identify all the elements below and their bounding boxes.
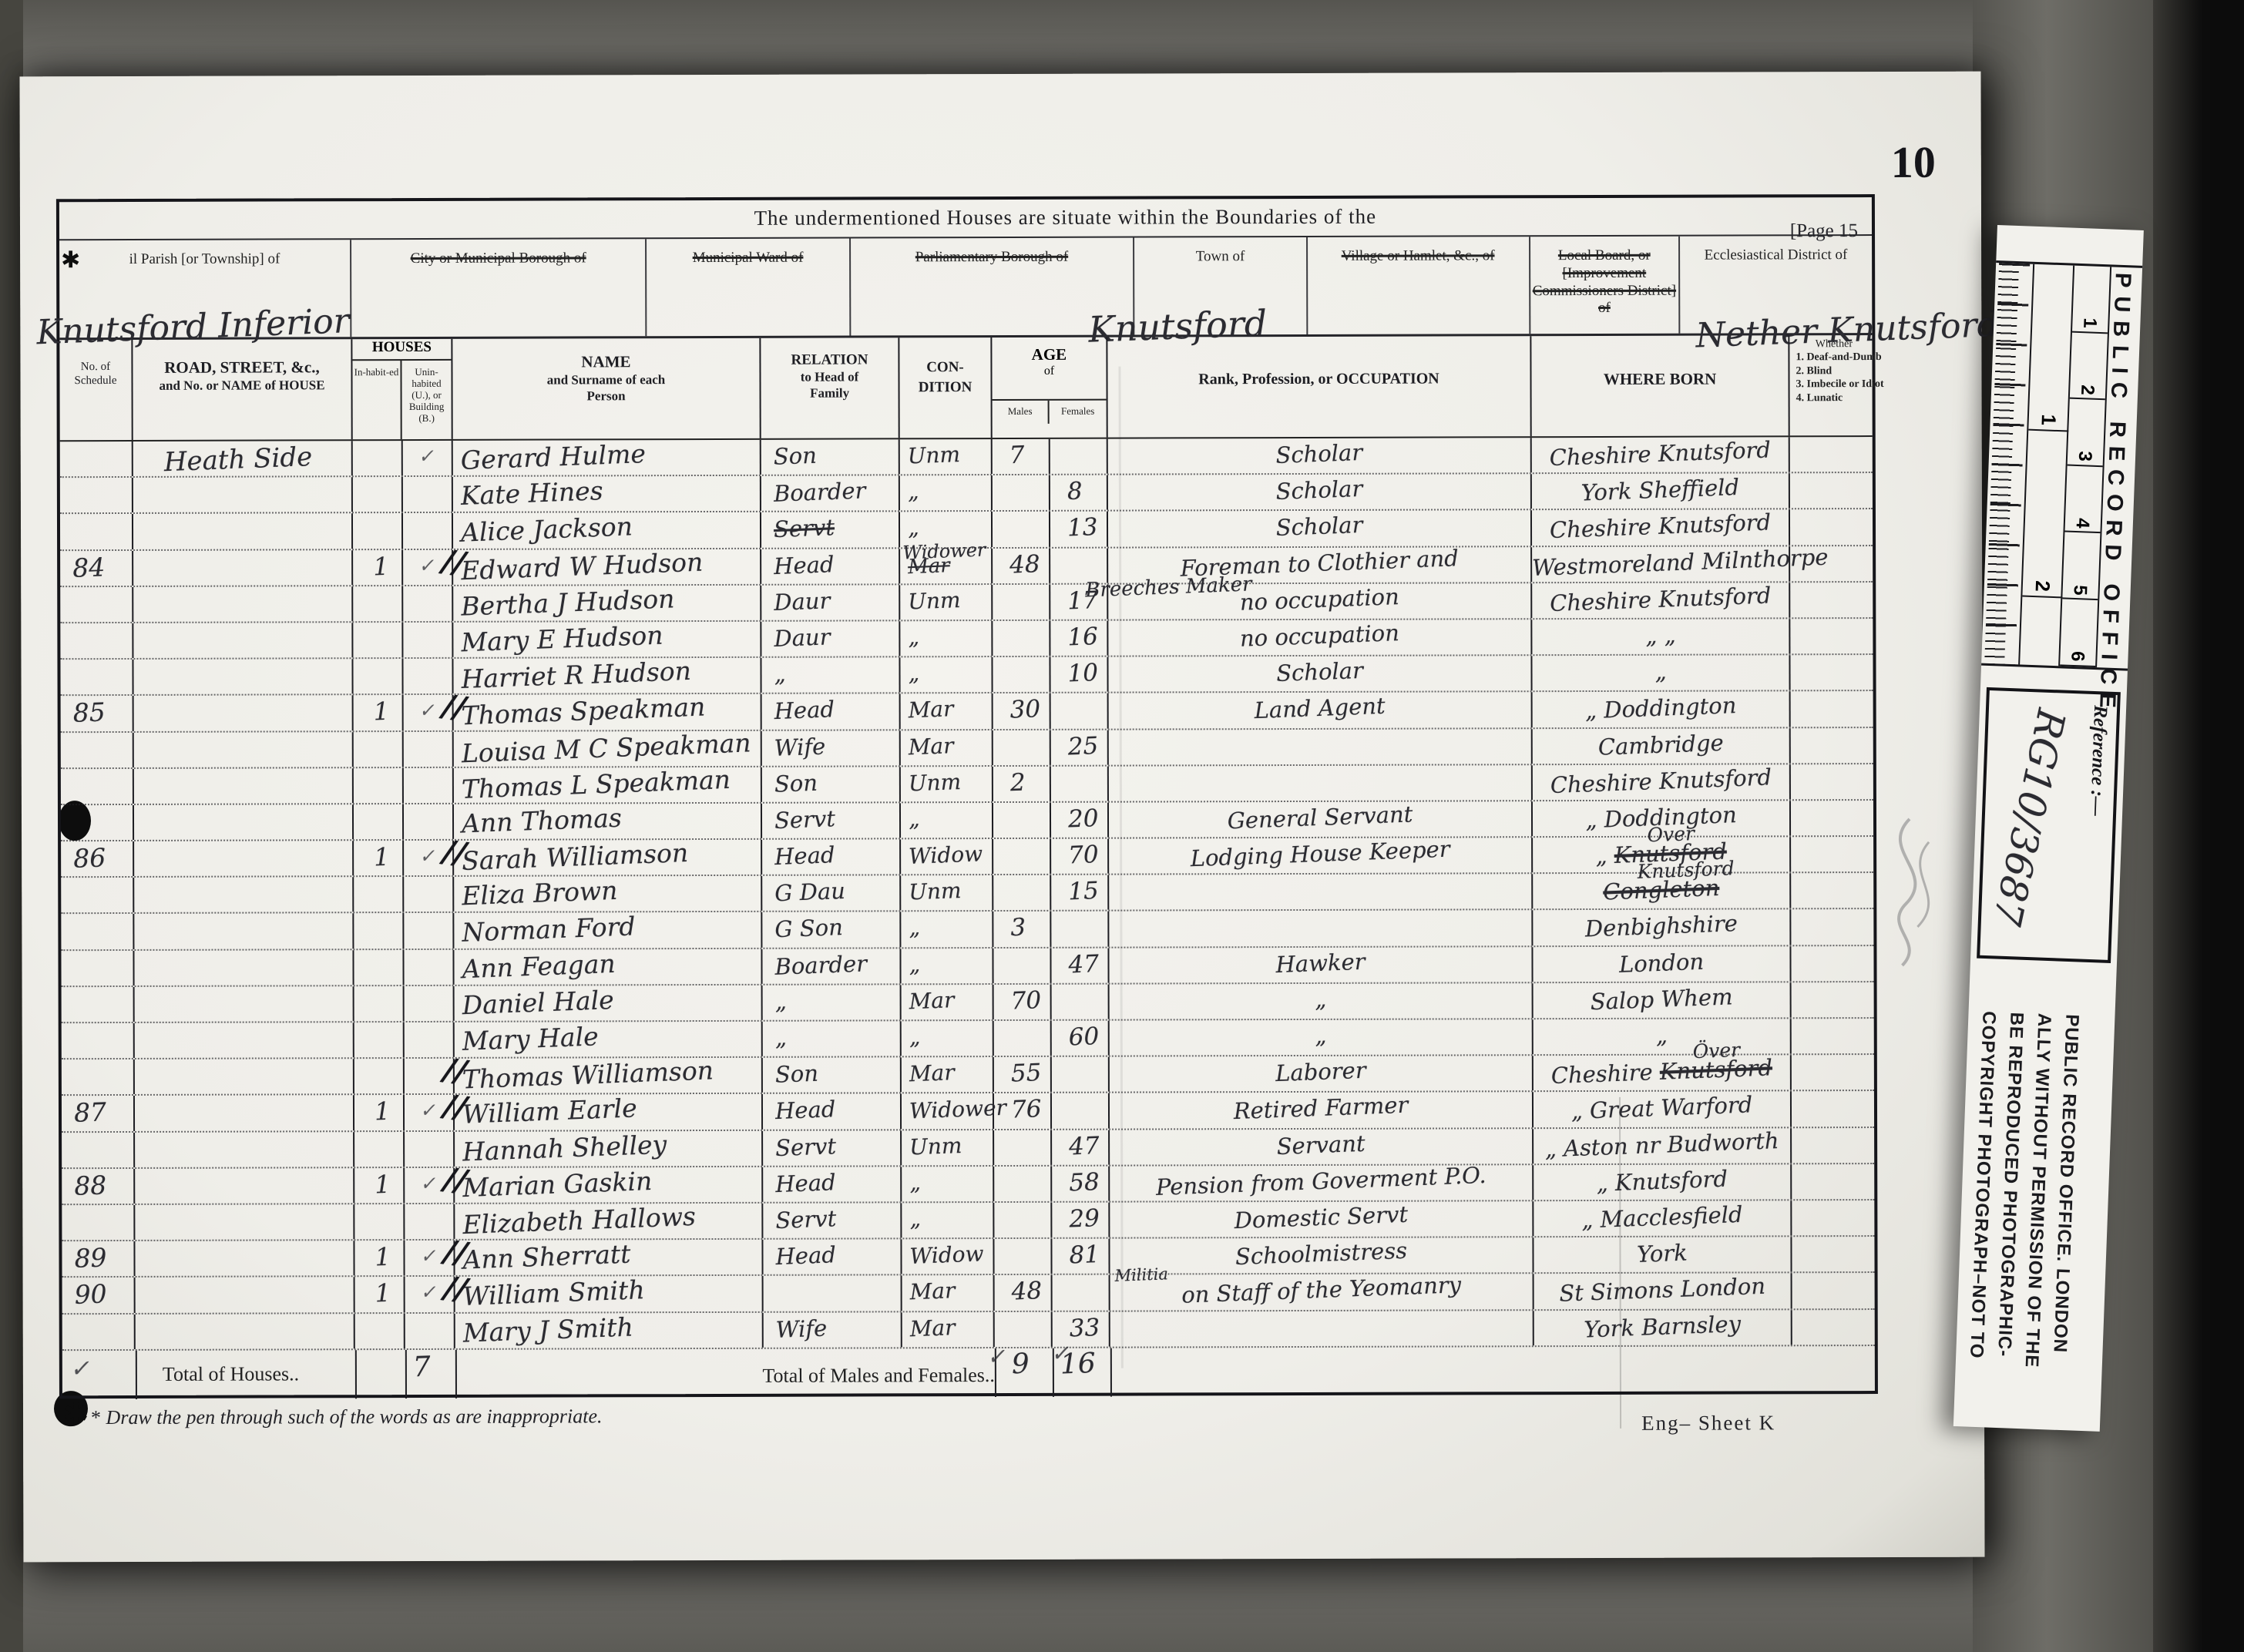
- age-male: 3: [1010, 914, 1026, 942]
- cell-age-female: 15: [1051, 875, 1109, 910]
- col-condition: CON- DITION: [899, 337, 992, 438]
- cell-inhabited: [354, 1132, 405, 1167]
- cell-age-male: 3: [993, 912, 1051, 946]
- age-female: 33: [1069, 1313, 1100, 1341]
- table-row: Ann FeaganBoarder„47HawkerLondon: [61, 946, 1873, 987]
- condition-value: Mar: [909, 1278, 956, 1304]
- schedule-number: 89: [74, 1242, 107, 1274]
- cell-age-female: 25: [1051, 730, 1109, 764]
- ink-bullet: ✱: [61, 247, 80, 274]
- cell-occupation: „: [1110, 983, 1534, 1019]
- schedule-number: 84: [72, 552, 105, 583]
- cell-where-born: „: [1534, 1019, 1792, 1054]
- cell-schedule: 88: [62, 1169, 135, 1204]
- relation-value: Head: [775, 1241, 837, 1270]
- cell-infirmity: [1790, 509, 1879, 544]
- cell-condition: Widower: [902, 1093, 994, 1129]
- table-row: Louisa M C SpeakmanWifeMar25Cambridge: [61, 728, 1873, 769]
- cell-age-male: [995, 1311, 1053, 1346]
- cell-inhabited: [354, 950, 404, 985]
- cell-relation: „: [761, 657, 900, 693]
- cell-schedule: [60, 514, 133, 549]
- condition-value: Mar: [909, 1315, 956, 1341]
- road-name: Heath Side: [163, 442, 313, 478]
- col-road: ROAD, STREET, &c., and No. or NAME of HO…: [133, 339, 352, 440]
- cell-condition: „: [900, 475, 993, 511]
- relation-value: Head: [774, 841, 836, 870]
- cell-condition: „: [902, 1167, 994, 1202]
- condition-value: „: [909, 1170, 922, 1196]
- total-houses-label: Total of Houses..: [163, 1362, 299, 1385]
- condition-value: „: [909, 1024, 921, 1050]
- cell-occupation: [1109, 729, 1533, 765]
- cell-infirmity: [1792, 1200, 1880, 1235]
- cell-infirmity: [1792, 1055, 1880, 1090]
- col-relation: RELATION to Head of Family: [761, 337, 899, 438]
- district-label: Parliamentary Borough of: [851, 238, 1134, 267]
- cell-relation: [764, 1276, 902, 1311]
- table-row: 851✓//Thomas SpeakmanHeadMar30Land Agent…: [61, 691, 1873, 732]
- cell-road: [136, 1278, 355, 1313]
- col-males: Males: [993, 401, 1050, 424]
- cell-occupation: Foreman to Clothier andBreeches Maker: [1108, 547, 1532, 583]
- cell-road: [133, 659, 353, 694]
- age-female: 8: [1067, 478, 1083, 506]
- cell-inhabited: [354, 877, 404, 912]
- born-value: Cheshire Knutsford: [1532, 581, 1789, 616]
- born-value: Cheshire Knutsford: [1531, 509, 1789, 544]
- cell-inhabited: [354, 913, 404, 948]
- condition-value: Mar: [908, 696, 954, 723]
- cell-infirmity: [1792, 1273, 1881, 1308]
- cell-where-born: Salop Whem: [1534, 982, 1792, 1018]
- inhabited-mark: 1: [375, 1242, 391, 1272]
- cell-where-born: York Sheffield: [1532, 474, 1790, 509]
- age-male: 48: [1011, 1278, 1043, 1306]
- district-header-row: ✱il Parish [or Township] ofKnutsford Inf…: [59, 236, 1872, 340]
- col-occupation: Rank, Profession, or OCCUPATION: [1107, 336, 1531, 437]
- cell-relation: Head: [761, 549, 900, 584]
- cell-age-male: [994, 1021, 1052, 1056]
- enumerator-tick: ✓: [420, 1172, 436, 1194]
- age-female: 81: [1069, 1241, 1100, 1269]
- cell-age-female: 20: [1051, 803, 1109, 838]
- cell-age-female: 58: [1052, 1166, 1110, 1200]
- cell-occupation: Hawker: [1109, 947, 1533, 983]
- person-name: Bertha J Hudson: [461, 583, 675, 621]
- cell-age-male: 2: [993, 767, 1051, 801]
- footnote-bullet: ✱: [63, 1395, 89, 1432]
- relation-value: Wife: [774, 733, 826, 761]
- table-row: Mary Hale„„60„„: [62, 1019, 1874, 1059]
- occupation-value: „: [1109, 978, 1532, 1020]
- born-value: „ Knutsford: [1534, 1163, 1791, 1198]
- cell-age-female: 8: [1050, 475, 1108, 510]
- cell-name: Eliza Brown: [454, 876, 762, 912]
- age-female: 60: [1068, 1022, 1100, 1051]
- table-row: 871✓//William EarleHeadWidower76Retired …: [62, 1091, 1874, 1132]
- cell-road: [133, 514, 353, 549]
- cell-inhabited: [354, 1204, 405, 1239]
- relation-value: Son: [773, 442, 817, 470]
- person-name: William Earle: [462, 1093, 637, 1130]
- cell-condition: Unm: [900, 585, 993, 620]
- cell-schedule: [61, 878, 134, 912]
- cell-relation: Head: [762, 839, 901, 875]
- cell-schedule: [62, 987, 135, 1022]
- cell-schedule: [62, 1205, 135, 1240]
- district-label: Ecclesiastical District of: [1680, 236, 1872, 264]
- schedule-number: 87: [73, 1097, 106, 1129]
- table-row: Mary J SmithWifeMar33York Barnsley: [62, 1310, 1875, 1351]
- cell-occupation: „: [1110, 1019, 1534, 1056]
- occupation-value: Hawker: [1109, 942, 1532, 984]
- cell-schedule: [61, 805, 134, 840]
- cell-occupation: Lodging House Keeper: [1109, 838, 1533, 874]
- cell-age-male: [993, 585, 1050, 619]
- cell-infirmity: [1792, 1164, 1880, 1199]
- born-value: „ Doddington: [1532, 690, 1789, 726]
- cell-age-female: [1052, 1093, 1110, 1128]
- condition-value: Unm: [909, 878, 962, 905]
- cell-age-male: [993, 621, 1050, 656]
- cell-occupation: Laborer: [1110, 1056, 1534, 1092]
- cell-relation: Wife: [764, 1312, 902, 1348]
- cell-condition: Mar: [902, 1275, 995, 1311]
- cell-schedule: 85: [61, 696, 134, 730]
- cell-occupation: Scholar: [1108, 511, 1532, 547]
- cell-occupation: Scholar: [1108, 474, 1532, 510]
- cell-where-born: St Simons London: [1534, 1274, 1792, 1309]
- occupation-value: Domestic Servt: [1110, 1197, 1533, 1239]
- cell-name: Mary J Smith: [455, 1312, 764, 1348]
- cell-name: Louisa M C Speakman: [454, 730, 762, 766]
- born-value: KnutsfordCongleton: [1533, 872, 1790, 908]
- age-female: 58: [1069, 1168, 1100, 1197]
- cell-inhabited: 1: [354, 1095, 405, 1130]
- person-name: Hannah Shelley: [462, 1129, 667, 1167]
- inhabited-mark: 1: [375, 1169, 391, 1199]
- table-row: Hannah ShelleyServtUnm47Servant„ Aston n…: [62, 1128, 1874, 1169]
- condition-value: Unm: [909, 1133, 962, 1160]
- cell-occupation: Retired Farmer: [1110, 1093, 1534, 1129]
- cell-road: [135, 1096, 354, 1131]
- person-name: Edward W Hudson: [461, 546, 704, 586]
- cell-inhabited: [355, 1314, 405, 1348]
- cell-inhabited: 1: [355, 1277, 405, 1311]
- cell-name: Ann Feagan: [454, 949, 762, 984]
- cell-uninhabited: [404, 949, 454, 984]
- inhabited-mark: 1: [375, 1278, 391, 1308]
- condition-value: „: [909, 1206, 922, 1232]
- cell-inhabited: [354, 1059, 405, 1093]
- person-name: Thomas Speakman: [461, 692, 706, 731]
- cell-age-male: [993, 803, 1051, 838]
- age-male: 2: [1009, 768, 1026, 797]
- cell-inhabited: 1: [353, 550, 403, 585]
- background-right-band: [2153, 0, 2244, 1652]
- cell-name: Ann Thomas: [454, 804, 762, 839]
- cell-where-born: „ Aston nr Budworth: [1534, 1128, 1792, 1163]
- cell-occupation: Scholar: [1108, 438, 1532, 474]
- census-page: 10 The undermentioned Houses are situate…: [19, 72, 1984, 1563]
- totals-row: ✓ Total of Houses.. 7 Total of Males and…: [62, 1346, 1875, 1399]
- cell-where-born: Denbighshire: [1533, 910, 1791, 945]
- cell-road: [133, 586, 353, 622]
- cell-age-male: 48: [995, 1275, 1053, 1310]
- born-value: St Simons London: [1534, 1272, 1791, 1308]
- cell-infirmity: [1792, 1237, 1880, 1271]
- district-label: City or Municipal Borough of: [351, 239, 646, 268]
- relation-value: Servt: [773, 515, 835, 543]
- cell-schedule: [61, 951, 134, 985]
- cell-name: //Marian Gaskin: [455, 1167, 763, 1203]
- schedule-number: 88: [74, 1170, 107, 1201]
- cell-infirmity: [1790, 619, 1879, 653]
- relation-value: Son: [774, 769, 818, 797]
- person-name: Kate Hines: [460, 475, 603, 511]
- person-name: Gerard Hulme: [460, 438, 646, 475]
- condition-value: „: [909, 915, 921, 941]
- born-value: „ „: [1532, 617, 1789, 653]
- cell-relation: Daur: [761, 585, 900, 620]
- age-male: 30: [1009, 696, 1041, 724]
- cell-age-male: 30: [993, 693, 1051, 728]
- inhabited-mark: 1: [373, 697, 390, 727]
- cell-name: //Thomas Speakman: [454, 694, 762, 730]
- cell-condition: „: [901, 949, 993, 984]
- born-value: London: [1533, 945, 1790, 980]
- cell-name: Gerard Hulme: [453, 440, 761, 475]
- cell-uninhabited: [403, 477, 453, 512]
- cell-where-born: KnutsfordCongleton: [1533, 874, 1791, 909]
- cell-condition: „: [900, 657, 993, 693]
- cell-age-female: 13: [1050, 512, 1108, 546]
- cell-infirmity: [1792, 1019, 1880, 1053]
- cell-condition: „: [901, 912, 993, 947]
- relation-value: Wife: [775, 1315, 828, 1342]
- cell-condition: Unm: [900, 439, 993, 475]
- cell-name: //William Smith: [455, 1276, 764, 1311]
- col-houses: HOUSES In-habit-ed Unin-habited (U.), or…: [352, 339, 452, 439]
- occupation-value: Scholar: [1107, 433, 1530, 475]
- occupation-value: Scholar: [1108, 651, 1531, 693]
- cell-schedule: 86: [61, 841, 134, 876]
- schedule-number: 86: [72, 842, 106, 874]
- cell-condition: WidowerMar: [900, 549, 993, 584]
- cell-name: Daniel Hale: [455, 985, 763, 1021]
- cell-road: [135, 1204, 354, 1240]
- condition-value: „: [908, 624, 920, 650]
- cell-name: //Ann Sherratt: [455, 1240, 763, 1275]
- cell-uninhabited: [405, 986, 455, 1021]
- district-cell: Village or Hamlet, &c., of: [1308, 237, 1530, 334]
- cell-infirmity: [1790, 437, 1879, 472]
- cell-road: [134, 950, 354, 985]
- cell-age-female: [1052, 1057, 1110, 1092]
- cell-age-female: [1051, 693, 1109, 728]
- cell-infirmity: [1791, 728, 1880, 763]
- condition-value: „: [907, 515, 919, 541]
- cell-inhabited: 1: [354, 841, 404, 875]
- col-age: AGE of Males Females: [992, 337, 1107, 438]
- born-value: „: [1532, 654, 1789, 690]
- col-uninhabited: Unin-habited (U.), or Building (B.): [401, 361, 451, 439]
- born-value: Westmoreland Milnthorpe: [1532, 545, 1789, 580]
- cell-occupation: Pension from Goverment P.O.: [1110, 1165, 1534, 1201]
- relation-value: „: [774, 988, 787, 1015]
- cell-where-born: York Barnsley: [1534, 1310, 1792, 1345]
- cell-relation: Head: [762, 694, 901, 730]
- age-female: 29: [1069, 1204, 1100, 1233]
- occupation-value: Scholar: [1107, 469, 1530, 512]
- occupation-value: Retired Farmer: [1110, 1087, 1533, 1130]
- cell-schedule: [60, 478, 133, 512]
- cell-age-female: 60: [1052, 1021, 1110, 1056]
- person-name: Harriet R Hudson: [461, 656, 692, 694]
- cell-inhabited: [354, 768, 404, 803]
- condition-value: Widower: [909, 1095, 1006, 1124]
- cell-relation: Boarder: [761, 476, 900, 512]
- cell-age-female: [1053, 1275, 1110, 1310]
- cell-relation: Servt: [763, 1130, 902, 1166]
- sheet-label: Eng– Sheet K: [1641, 1411, 1775, 1435]
- total-check: ✓: [986, 1343, 1006, 1369]
- total-houses-value: 7: [412, 1351, 431, 1383]
- col-infirmity: Whether 1. Deaf-and-Dumb2. Blind3. Imbec…: [1789, 335, 1878, 435]
- cell-inhabited: [354, 732, 404, 767]
- cell-relation: „: [763, 985, 902, 1020]
- born-value: Cheshire Knutsford: [1532, 763, 1789, 798]
- page-number: 10: [1891, 136, 1936, 188]
- relation-value: Boarder: [773, 478, 866, 507]
- cell-infirmity: [1790, 655, 1879, 690]
- col-schedule: No. of Schedule: [59, 340, 133, 440]
- cell-relation: Son: [762, 767, 901, 802]
- cell-age-female: 47: [1052, 1130, 1110, 1164]
- cell-inhabited: [353, 659, 403, 693]
- form-title: The undermentioned Houses are situate wi…: [59, 203, 1872, 232]
- cell-where-born: Cheshire Knutsford: [1532, 583, 1790, 618]
- cell-schedule: [62, 1023, 135, 1058]
- cell-condition: Unm: [901, 767, 993, 802]
- cell-inhabited: 1: [354, 1241, 405, 1275]
- cell-occupation: [1109, 911, 1533, 947]
- cell-age-male: [994, 1239, 1052, 1274]
- cell-inhabited: [353, 586, 403, 621]
- cell-where-born: Westmoreland Milnthorpe: [1532, 546, 1790, 582]
- condition-value: „: [908, 660, 920, 687]
- cell-inhabited: [354, 986, 405, 1021]
- cell-where-born: Cheshire ÖverKnutsford: [1534, 1056, 1792, 1091]
- cell-where-born: Cheshire Knutsford: [1532, 437, 1790, 472]
- cell-where-born: Cheshire Knutsford: [1533, 764, 1791, 800]
- cell-relation: Son: [761, 439, 900, 475]
- occupation-value: Lodging House Keeper: [1109, 833, 1532, 875]
- born-value: York Barnsley: [1534, 1308, 1791, 1344]
- cell-road: [133, 623, 353, 658]
- cell-age-female: 81: [1052, 1239, 1110, 1274]
- born-value: „: [1533, 1018, 1790, 1053]
- cell-name: //William Earle: [455, 1094, 763, 1130]
- district-label: Local Board, or [Improvement Commissione…: [1530, 237, 1679, 318]
- occupation-value: Scholar: [1108, 505, 1531, 548]
- schedule-number: 85: [72, 697, 106, 729]
- cell-infirmity: [1792, 1091, 1880, 1126]
- cell-schedule: 87: [62, 1096, 135, 1130]
- enumerator-tick: ✓: [419, 1100, 435, 1122]
- cell-name: Hannah Shelley: [455, 1130, 763, 1166]
- cell-infirmity: [1791, 801, 1880, 835]
- cell-schedule: [60, 660, 133, 694]
- person-name: Ann Thomas: [461, 803, 622, 839]
- cell-road: [134, 768, 354, 804]
- cell-condition: Unm: [901, 875, 993, 911]
- cell-uninhabited: [403, 623, 453, 657]
- person-name: Ann Sherratt: [462, 1239, 631, 1275]
- cell-road: Heath Side: [133, 441, 353, 476]
- cell-occupation: Schoolmistress: [1110, 1237, 1534, 1274]
- cell-relation: G Dau: [762, 876, 901, 912]
- person-name: Thomas Williamson: [462, 1055, 714, 1094]
- cell-road: [134, 877, 354, 912]
- cell-age-female: [1051, 912, 1109, 946]
- total-males-value: 9: [1011, 1348, 1030, 1380]
- cell-where-born: „ Doddington: [1533, 692, 1791, 727]
- condition-value: WidowerMar: [908, 554, 951, 579]
- enumerator-tick: ✓: [419, 845, 435, 868]
- born-value: Denbighshire: [1533, 908, 1790, 944]
- occupation-value: „: [1109, 1015, 1532, 1057]
- cell-road: [135, 1132, 354, 1167]
- district-cell: ✱il Parish [or Township] ofKnutsford Inf…: [59, 240, 351, 337]
- condition-value: „: [908, 806, 920, 832]
- enumerator-tick: ✓: [418, 445, 434, 468]
- cell-age-male: [993, 875, 1051, 910]
- inhabited-mark: 1: [372, 551, 389, 581]
- cell-age-male: [994, 1167, 1052, 1201]
- cell-age-male: [993, 512, 1050, 546]
- relation-value: Head: [774, 1096, 836, 1125]
- district-cell: Local Board, or [Improvement Commissione…: [1530, 237, 1681, 334]
- born-value: York: [1534, 1236, 1791, 1271]
- cell-age-female: [1051, 766, 1109, 801]
- cell-road: [133, 477, 353, 512]
- cell-infirmity: [1791, 873, 1880, 908]
- table-row: //Thomas WilliamsonSonMar55LaborerCheshi…: [62, 1055, 1874, 1096]
- cell-occupation: Militiaon Staff of the Yeomanry: [1110, 1274, 1534, 1311]
- cell-age-male: [993, 839, 1051, 874]
- relation-value: Daur: [774, 623, 831, 652]
- cell-uninhabited: [404, 913, 454, 948]
- cell-infirmity: [1791, 764, 1880, 799]
- person-name: Alice Jackson: [460, 512, 633, 548]
- age-female: 15: [1068, 877, 1100, 905]
- relation-value: Son: [774, 1060, 818, 1088]
- cell-condition: Widow: [901, 839, 993, 875]
- age-male: 7: [1009, 442, 1025, 470]
- relation-value: Servt: [775, 1133, 837, 1161]
- total-check: ✓: [69, 1355, 89, 1382]
- person-name: Marian Gaskin: [462, 1166, 653, 1203]
- occupation-value: Land Agent: [1108, 687, 1531, 730]
- table-body: Heath Side✓Gerard HulmeSonUnm7ScholarChe…: [60, 437, 1875, 1351]
- col-name: NAME and Surname of each Person: [452, 338, 761, 439]
- enumerator-tick: ✓: [420, 1245, 436, 1268]
- age-male: 55: [1010, 1059, 1042, 1087]
- district-cell: Ecclesiastical District ofNether Knutsfo…: [1680, 236, 1872, 334]
- occupation-value: on Staff of the Yeomanry: [1110, 1269, 1533, 1311]
